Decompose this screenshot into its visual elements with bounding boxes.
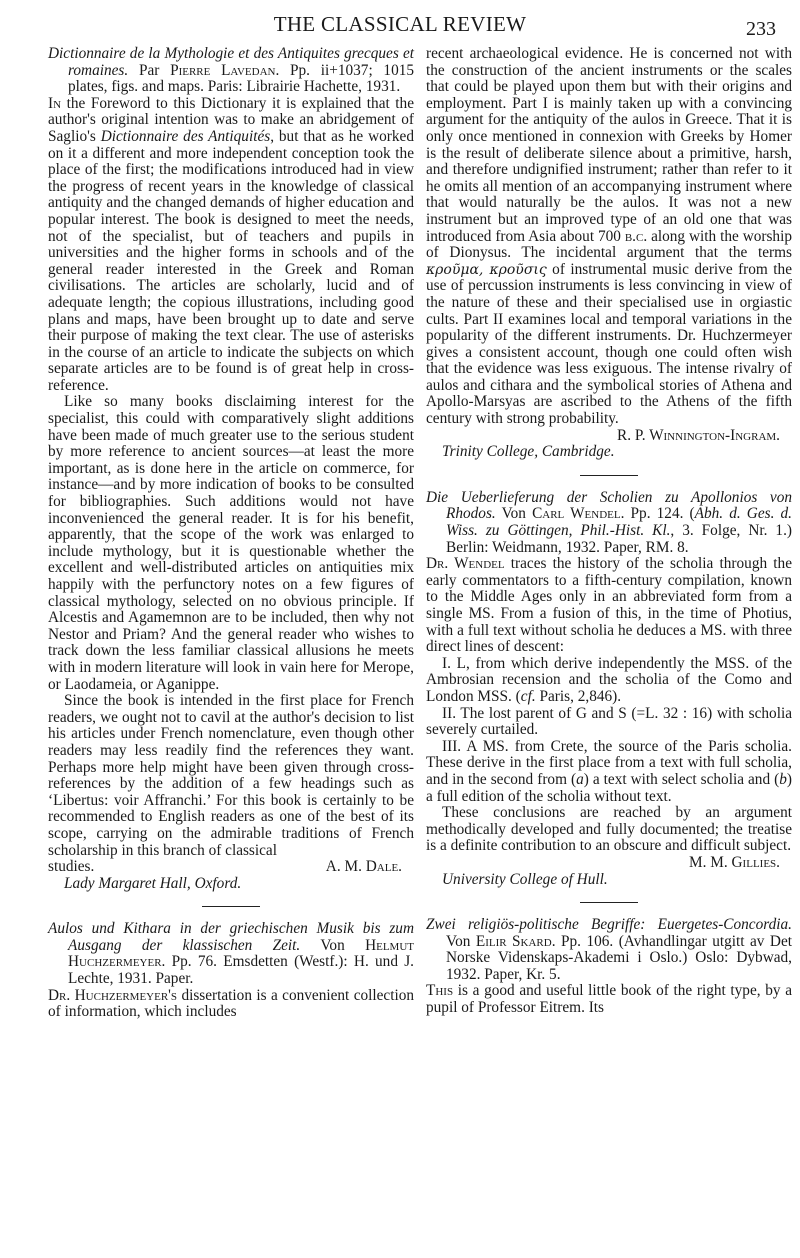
book-title: Zwei religiös-politische Begriffe: Euerg…	[426, 916, 792, 933]
book-author: Pierre Lavedan.	[170, 62, 279, 79]
review-paragraph: Dr. Wendel traces the history of the sch…	[426, 556, 792, 656]
review-heading-huchzermeyer: Aulos und Kithara in der griechischen Mu…	[48, 921, 414, 987]
journal-title: THE CLASSICAL REVIEW	[0, 12, 800, 37]
descent-line-2: II. The lost parent of G and S (=L. 32 :…	[426, 706, 792, 739]
section-divider	[580, 902, 638, 903]
page-number: 233	[746, 18, 776, 41]
reviewer-affiliation: Lady Margaret Hall, Oxford.	[48, 876, 414, 893]
right-column: recent archaeological evidence. He is co…	[426, 46, 792, 1017]
book-author: Eilir Skard.	[476, 933, 556, 950]
section-divider	[202, 906, 260, 907]
review-paragraph: recent archaeological evidence. He is co…	[426, 46, 792, 428]
greek-terms: κροῦμα, κροῦσις	[426, 262, 547, 278]
review-paragraph: These conclusions are reached by an argu…	[426, 805, 792, 855]
review-paragraph: In the Foreword to this Dictionary it is…	[48, 96, 414, 395]
book-title: Aulos und Kithara in der griechischen Mu…	[48, 920, 414, 954]
review-paragraph: Dr. Huchzermeyer's dissertation is a con…	[48, 988, 414, 1021]
reviewer-name: R. P. Winnington-Ingram.	[426, 428, 792, 445]
reviewer-affiliation: University College of Hull.	[426, 872, 792, 889]
signature-line: studies. A. M. Dale.	[48, 859, 414, 876]
reviewer-name: M. M. Gillies.	[426, 855, 792, 872]
review-paragraph: Like so many books disclaiming interest …	[48, 394, 414, 693]
section-divider	[580, 475, 638, 476]
review-heading-wendel: Die Ueberlieferung der Scholien zu Apoll…	[426, 490, 792, 556]
descent-line-1: I. L, from which derive independently th…	[426, 656, 792, 706]
review-paragraph: Since the book is intended in the first …	[48, 693, 414, 859]
book-author: Carl Wendel.	[532, 505, 624, 522]
reviewer-affiliation: Trinity College, Cambridge.	[426, 444, 792, 461]
reviewer-name: A. M. Dale.	[326, 859, 402, 876]
descent-line-3: III. A MS. from Crete, the source of the…	[426, 739, 792, 805]
review-heading-skard: Zwei religiös-politische Begriffe: Euerg…	[426, 917, 792, 983]
review-heading-lavedan: Dictionnaire de la Mythologie et des Ant…	[48, 46, 414, 96]
left-column: Dictionnaire de la Mythologie et des Ant…	[48, 46, 414, 1021]
running-header: THE CLASSICAL REVIEW 233	[0, 12, 800, 42]
review-paragraph: This is a good and useful little book of…	[426, 983, 792, 1016]
